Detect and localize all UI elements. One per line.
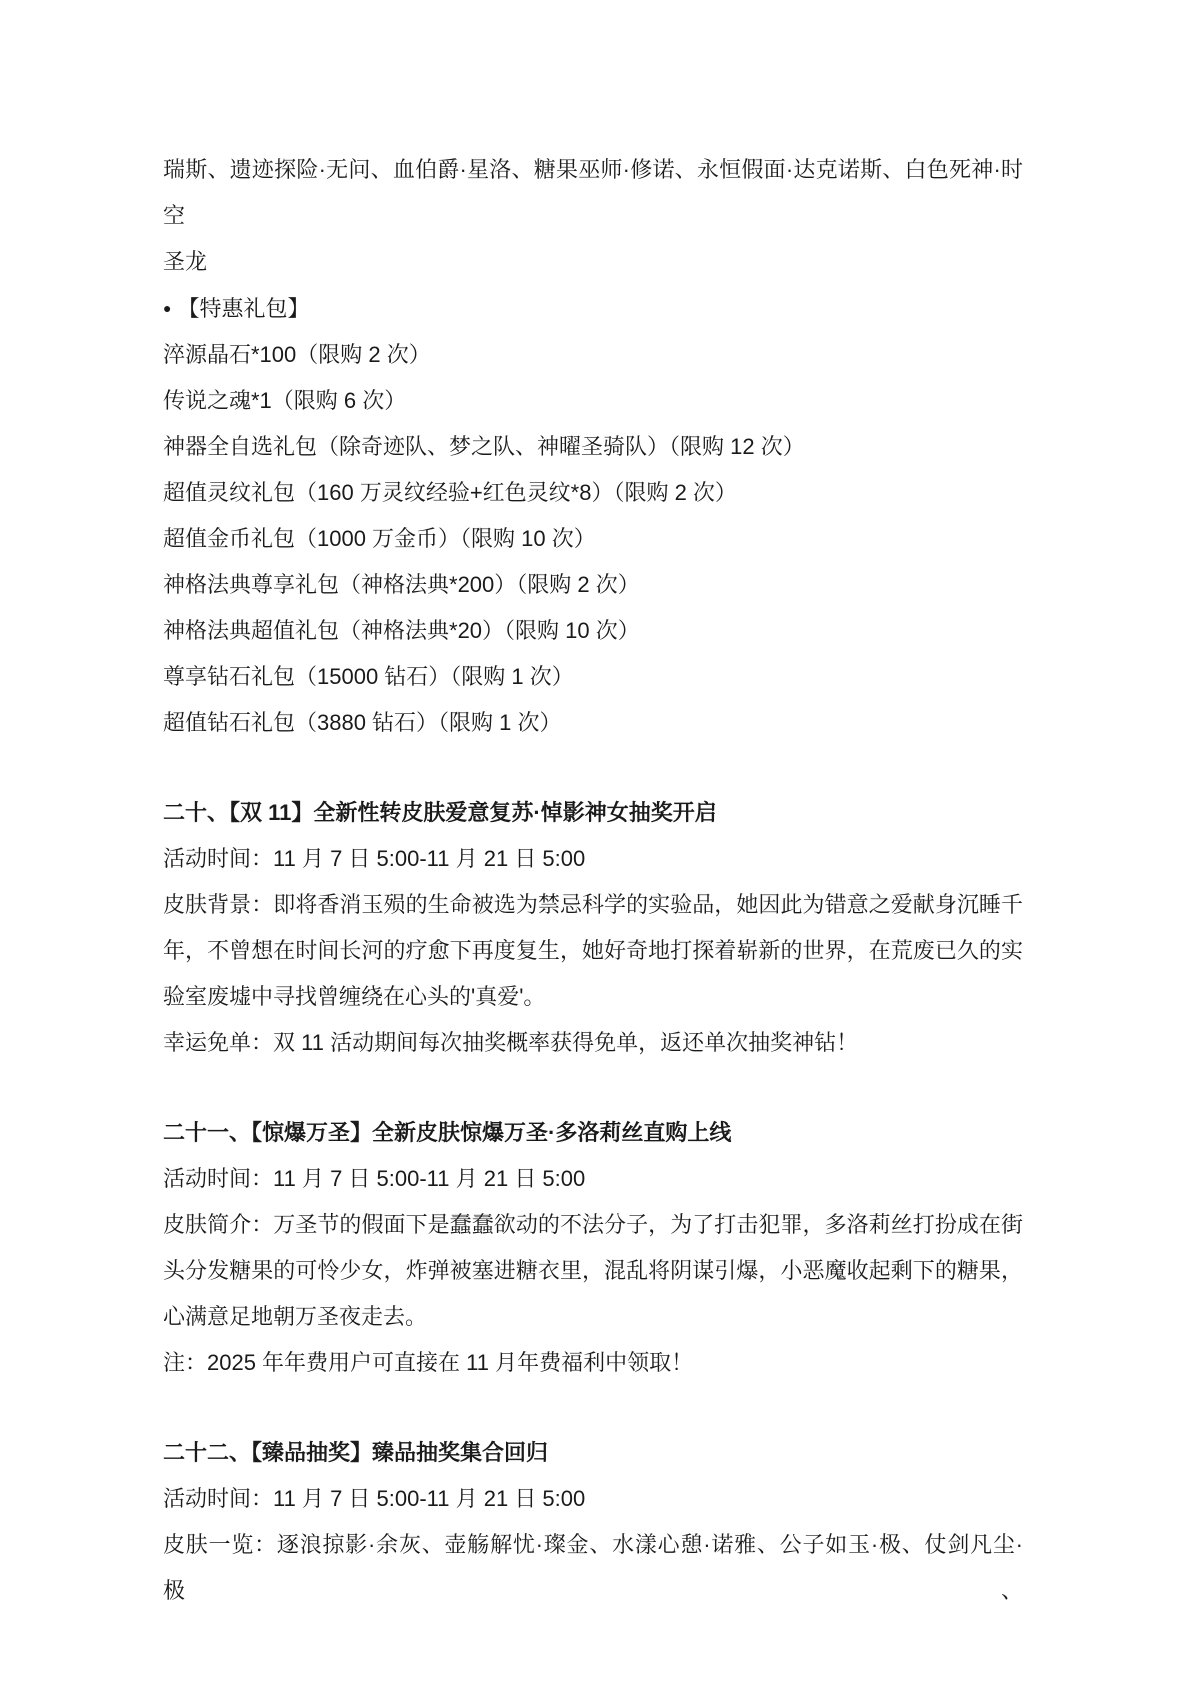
document-page: 瑞斯、遗迹探险·无问、血伯爵·星洛、糖果巫师·修诺、永恒假面·达克诺斯、白色死神… (0, 0, 1190, 1683)
event-time: 活动时间：11 月 7 日 5:00-11 月 21 日 5:00 (163, 836, 1023, 882)
body-line: 幸运免单：双 11 活动期间每次抽奖概率获得免单，返还单次抽奖神钻！ (163, 1020, 1023, 1066)
intro-line-1: 瑞斯、遗迹探险·无问、血伯爵·星洛、糖果巫师·修诺、永恒假面·达克诺斯、白色死神… (163, 147, 1023, 239)
pack-item: 神格法典尊享礼包（神格法典*200）（限购 2 次） (163, 562, 1023, 608)
body-line: 注：2025 年年费用户可直接在 11 月年费福利中领取！ (163, 1340, 1023, 1386)
pack-item: 神格法典超值礼包（神格法典*20）（限购 10 次） (163, 608, 1023, 654)
pack-item: 神器全自选礼包（除奇迹队、梦之队、神曜圣骑队）（限购 12 次） (163, 424, 1023, 470)
body-line: 年，不曾想在时间长河的疗愈下再度复生，她好奇地打探着崭新的世界，在荒废已久的实 (163, 928, 1023, 974)
special-packs-header: ●【特惠礼包】 (163, 285, 1023, 332)
section-heading-22: 二十二、【臻品抽奖】臻品抽奖集合回归 (163, 1430, 1023, 1476)
pack-item: 超值钻石礼包（3880 钻石）（限购 1 次） (163, 700, 1023, 746)
pack-item: 尊享钻石礼包（15000 钻石）（限购 1 次） (163, 654, 1023, 700)
intro-line-2: 圣龙 (163, 239, 1023, 285)
body-line: 皮肤简介：万圣节的假面下是蠢蠢欲动的不法分子，为了打击犯罪，多洛莉丝打扮成在街 (163, 1202, 1023, 1248)
section-heading-21: 二十一、【惊爆万圣】全新皮肤惊爆万圣·多洛莉丝直购上线 (163, 1110, 1023, 1156)
body-line: 头分发糖果的可怜少女，炸弹被塞进糖衣里，混乱将阴谋引爆，小恶魔收起剩下的糖果， (163, 1248, 1023, 1294)
body-line: 皮肤背景：即将香消玉殒的生命被选为禁忌科学的实验品，她因此为错意之爱献身沉睡千 (163, 882, 1023, 928)
body-line: 皮肤一览：逐浪掠影·余灰、壶觞解忧·璨金、水漾心憩·诺雅、公子如玉·极、仗剑凡尘… (163, 1522, 1023, 1614)
pack-item: 淬源晶石*100（限购 2 次） (163, 332, 1023, 378)
bullet-icon: ● (163, 285, 171, 331)
section-heading-20: 二十、【双 11】全新性转皮肤爱意复苏·悼影神女抽奖开启 (163, 790, 1023, 836)
special-packs-title: 【特惠礼包】 (177, 296, 309, 321)
body-line: 验室废墟中寻找曾缠绕在心头的'真爱'。 (163, 974, 1023, 1020)
event-time: 活动时间：11 月 7 日 5:00-11 月 21 日 5:00 (163, 1156, 1023, 1202)
pack-item: 超值金币礼包（1000 万金币）（限购 10 次） (163, 516, 1023, 562)
pack-item: 传说之魂*1（限购 6 次） (163, 378, 1023, 424)
event-time: 活动时间：11 月 7 日 5:00-11 月 21 日 5:00 (163, 1476, 1023, 1522)
pack-item: 超值灵纹礼包（160 万灵纹经验+红色灵纹*8）（限购 2 次） (163, 470, 1023, 516)
body-line: 心满意足地朝万圣夜走去。 (163, 1294, 1023, 1340)
